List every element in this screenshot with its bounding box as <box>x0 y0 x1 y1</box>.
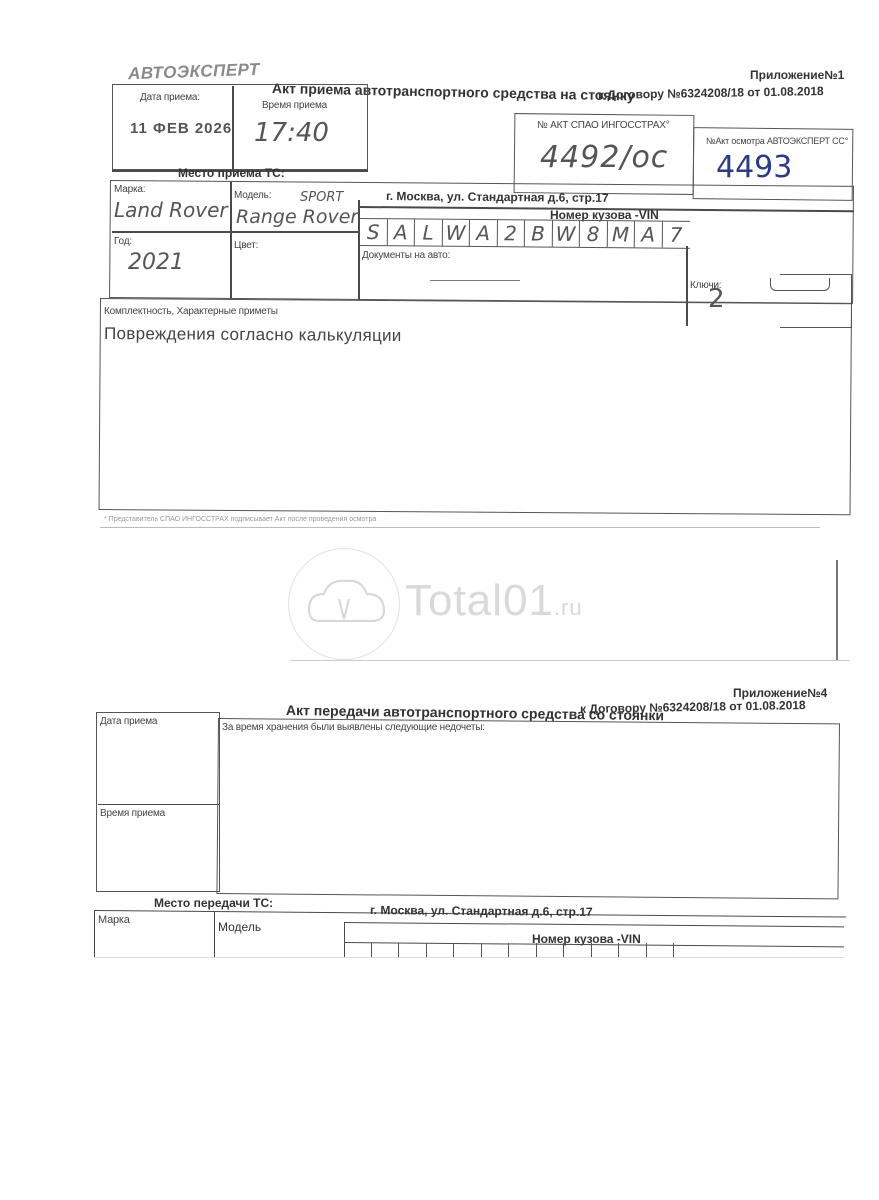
completeness-value: Повреждения согласно калькуляции <box>104 324 402 346</box>
vin-character-cell: B <box>525 220 553 246</box>
car-cloud-icon <box>288 548 400 660</box>
vin-empty-cell <box>647 943 675 957</box>
release-place-label: Место передачи ТС: <box>154 896 273 910</box>
ingos-act-value: 4492/ос <box>540 140 668 175</box>
model-value-extra: SPORT <box>300 190 343 205</box>
date-value: 11 ФЕВ 2026 <box>130 120 232 137</box>
model-value: Range Rover <box>236 206 358 228</box>
vin-empty-cell <box>454 943 482 957</box>
time-value: 17:40 <box>254 118 329 148</box>
inspection-act-label: №Акт осмотра АВТОЭКСПЕРТ СС° <box>706 136 848 146</box>
vin-empty-cell <box>482 943 510 957</box>
time-label: Время приема <box>262 100 327 111</box>
vin-character-cell: 2 <box>497 220 525 246</box>
footnote: * Представитель СПАО ИНГОССТРАХ подписыв… <box>104 516 376 523</box>
vin-empty-cell <box>537 943 565 957</box>
model-label: Модель: <box>234 190 271 201</box>
year-label: Год: <box>114 236 132 247</box>
date-label: Дата приема: <box>140 92 200 103</box>
vin-character-cell: M <box>607 221 635 247</box>
place-label: Место приема ТС: <box>178 166 285 180</box>
vin-character-cell: 7 <box>662 222 690 248</box>
brand-label: Марка: <box>114 184 145 195</box>
watermark-text: Total01.ru <box>405 576 583 626</box>
ingos-act-label: № АКТ СПАО ИНГОССТРАХ° <box>537 120 670 131</box>
release-date-label: Дата приема <box>100 716 157 727</box>
stamp-logo: АВТОЭКСПЕРТ <box>128 60 260 85</box>
vin-empty-cell <box>427 943 455 957</box>
vin-character-cell: W <box>552 221 580 247</box>
release-date-box <box>96 712 220 892</box>
color-label: Цвет: <box>234 240 258 251</box>
appendix-label: Приложение№1 <box>750 68 844 82</box>
defects-label: За время хранения были выявлены следующи… <box>222 722 485 733</box>
vin-character-cell: 8 <box>580 221 608 247</box>
release-model-label: Модель <box>218 920 261 934</box>
inspection-act-value: 4493 <box>716 150 792 185</box>
release-time-label: Время приема <box>100 808 165 819</box>
vin-empty-cell <box>592 943 620 957</box>
vin-character-cell: L <box>415 219 443 245</box>
year-value: 2021 <box>128 250 184 275</box>
release-vin-row <box>344 943 674 957</box>
vin-empty-cell <box>564 943 592 957</box>
release-brand-label: Марка <box>98 914 130 926</box>
docs-value-dash <box>430 280 520 281</box>
vin-character-cell: A <box>470 220 498 246</box>
vin-row: SALWA2BW8MA7 <box>360 218 690 249</box>
defects-box <box>216 718 840 899</box>
vin-empty-cell <box>619 943 647 957</box>
brand-value: Land Rover <box>114 198 228 222</box>
vin-character-cell: A <box>387 219 415 245</box>
vin-empty-cell <box>509 943 537 957</box>
vin-empty-cell <box>372 943 400 957</box>
docs-label: Документы на авто: <box>362 250 450 261</box>
vin-character-cell: S <box>360 219 388 245</box>
vin-empty-cell <box>399 943 427 957</box>
release-place-value: г. Москва, ул. Стандартная д.6, стр.17 <box>370 903 593 919</box>
vin-empty-cell <box>344 943 372 957</box>
vin-character-cell: W <box>442 220 470 246</box>
completeness-label: Комплектность, Характерные приметы <box>104 306 278 317</box>
vin-character-cell: A <box>635 221 663 247</box>
